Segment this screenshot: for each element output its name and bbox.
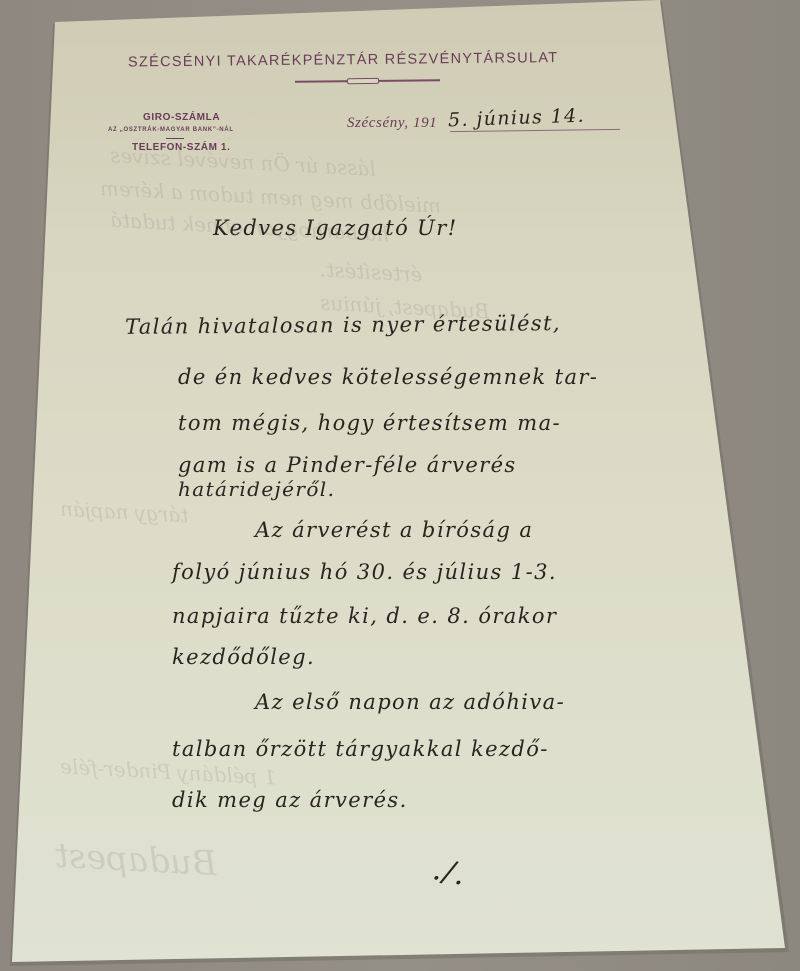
closing-mark: ./. [430,852,470,893]
greeting: Kedves Igazgató Úr! [213,216,458,240]
body-line: Az első napon az adóhiva- [255,690,565,714]
body-line: határidejéről. [178,477,335,501]
body-line: dik meg az árverés. [172,788,408,812]
letterhead-bank: AZ „OSZTRÁK-MAGYAR BANK”-NÁL [108,127,234,133]
body-line: de én kedves kötelességemnek tar- [178,365,598,389]
body-line: talban őrzött tárgyakkal kezdő- [172,737,549,761]
body-line: folyó június hó 30. és július 1-3. [172,560,557,584]
body-line: tom mégis, hogy értesítsem ma- [178,411,561,435]
bleed-through-text: Budapest [54,836,218,884]
letterhead-place: Szécsény, 191 [347,115,437,132]
letterhead-phone: TELEFON-SZÁM 1. [132,142,230,153]
letterhead-divider [166,138,184,139]
body-line: kezdődőleg. [172,645,315,669]
body-line: gam is a Pinder-féle árverés [178,453,517,477]
body-line: Talán hivatalosan is nyer értesülést, [125,311,561,339]
body-line: napjaira tűzte ki, d. e. 8. órakor [172,604,557,628]
body-line: Az árverést a bíróság a [255,518,533,542]
letterhead-giro: GIRO-SZÁMLA [143,112,220,123]
ornament-knob [347,78,379,84]
